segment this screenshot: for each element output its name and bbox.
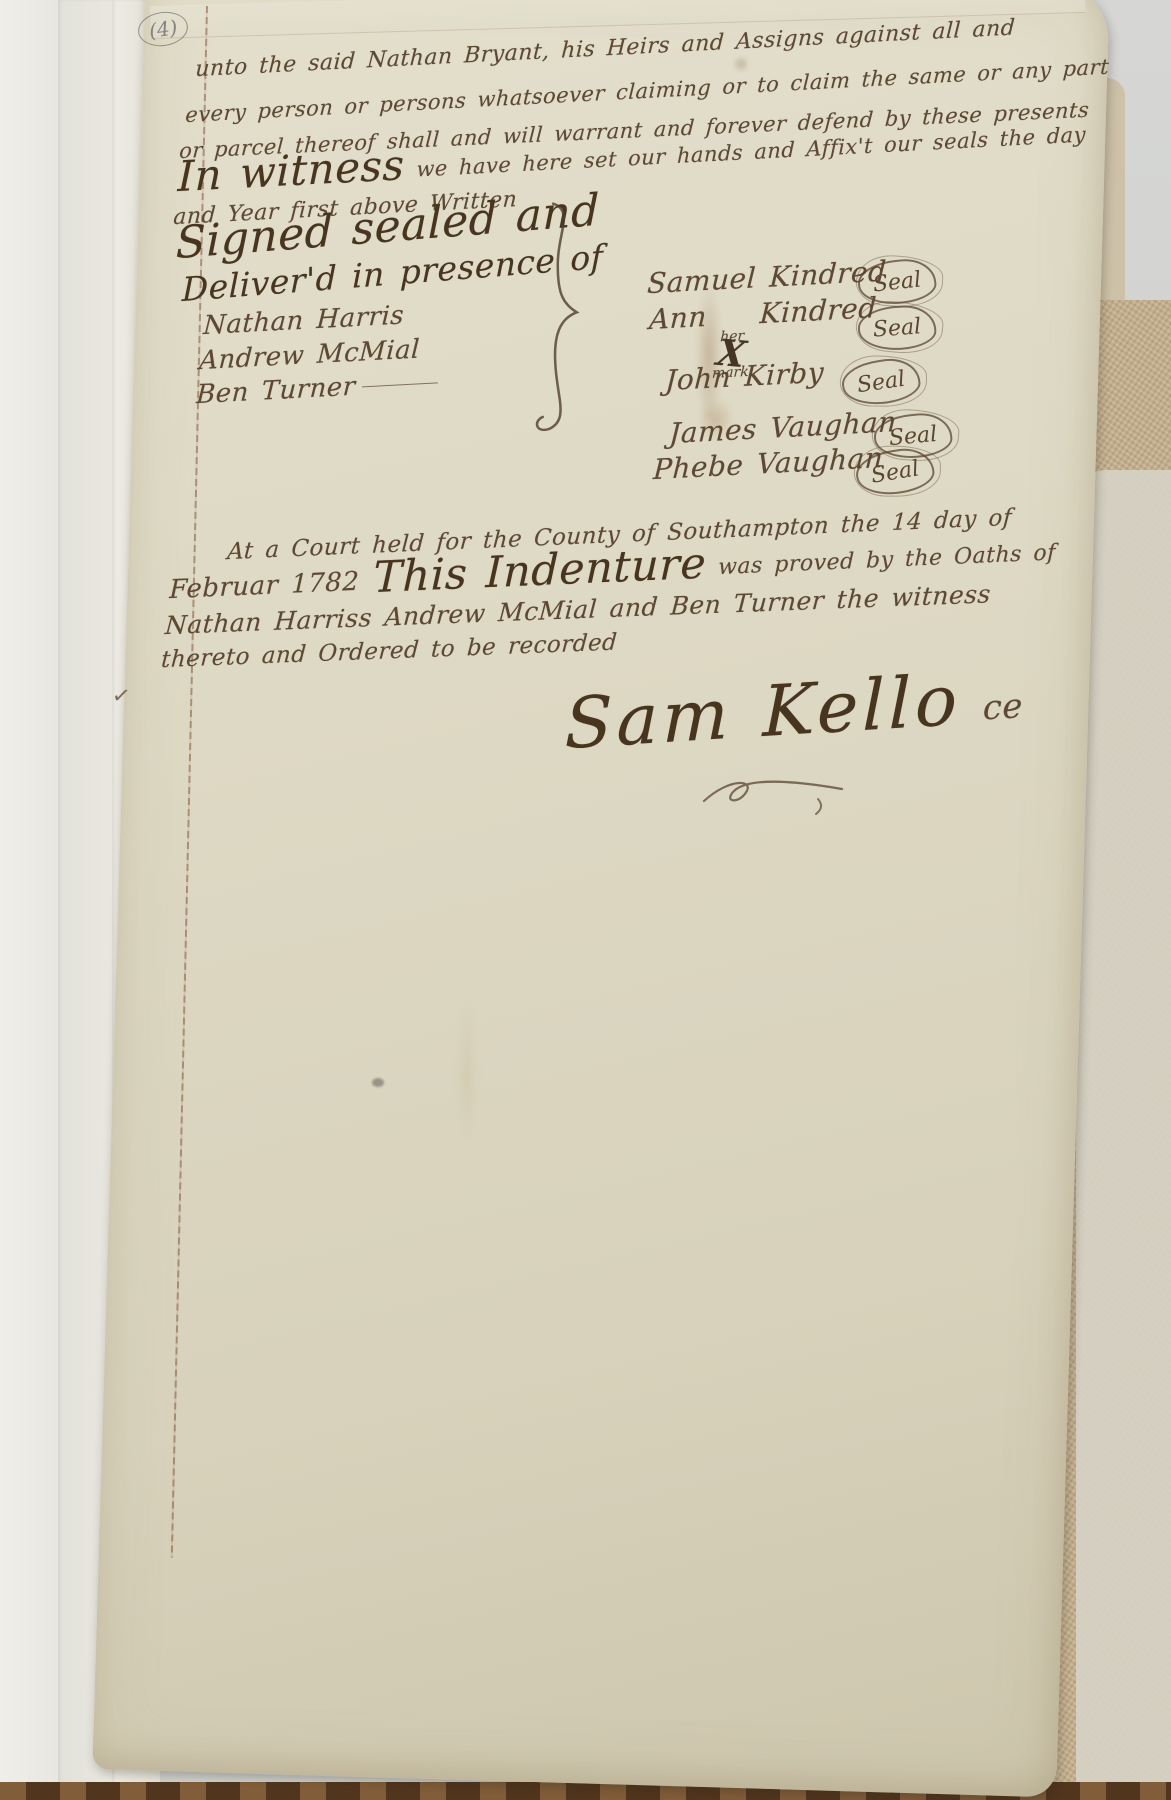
seal-john-kirby: Seal (839, 355, 922, 409)
page-edge-strip (0, 0, 58, 1800)
signature-flourish-icon (700, 775, 860, 815)
underlying-page-edge (1076, 470, 1171, 1800)
paper-spot (372, 1078, 384, 1087)
clerk-suffix: ce (961, 688, 1023, 739)
paper-spot (735, 58, 747, 70)
seal-ann-kindred: Seal (857, 303, 938, 352)
paper-stain (458, 1000, 476, 1150)
pen-stroke (362, 382, 438, 387)
margin-check-mark: ✓ (110, 683, 132, 710)
brace-icon (478, 197, 636, 437)
ann-first-name: Ann (648, 300, 707, 336)
manuscript-photograph: (4) ✓ unto the said Nathan Bryant, his H… (0, 0, 1171, 1800)
